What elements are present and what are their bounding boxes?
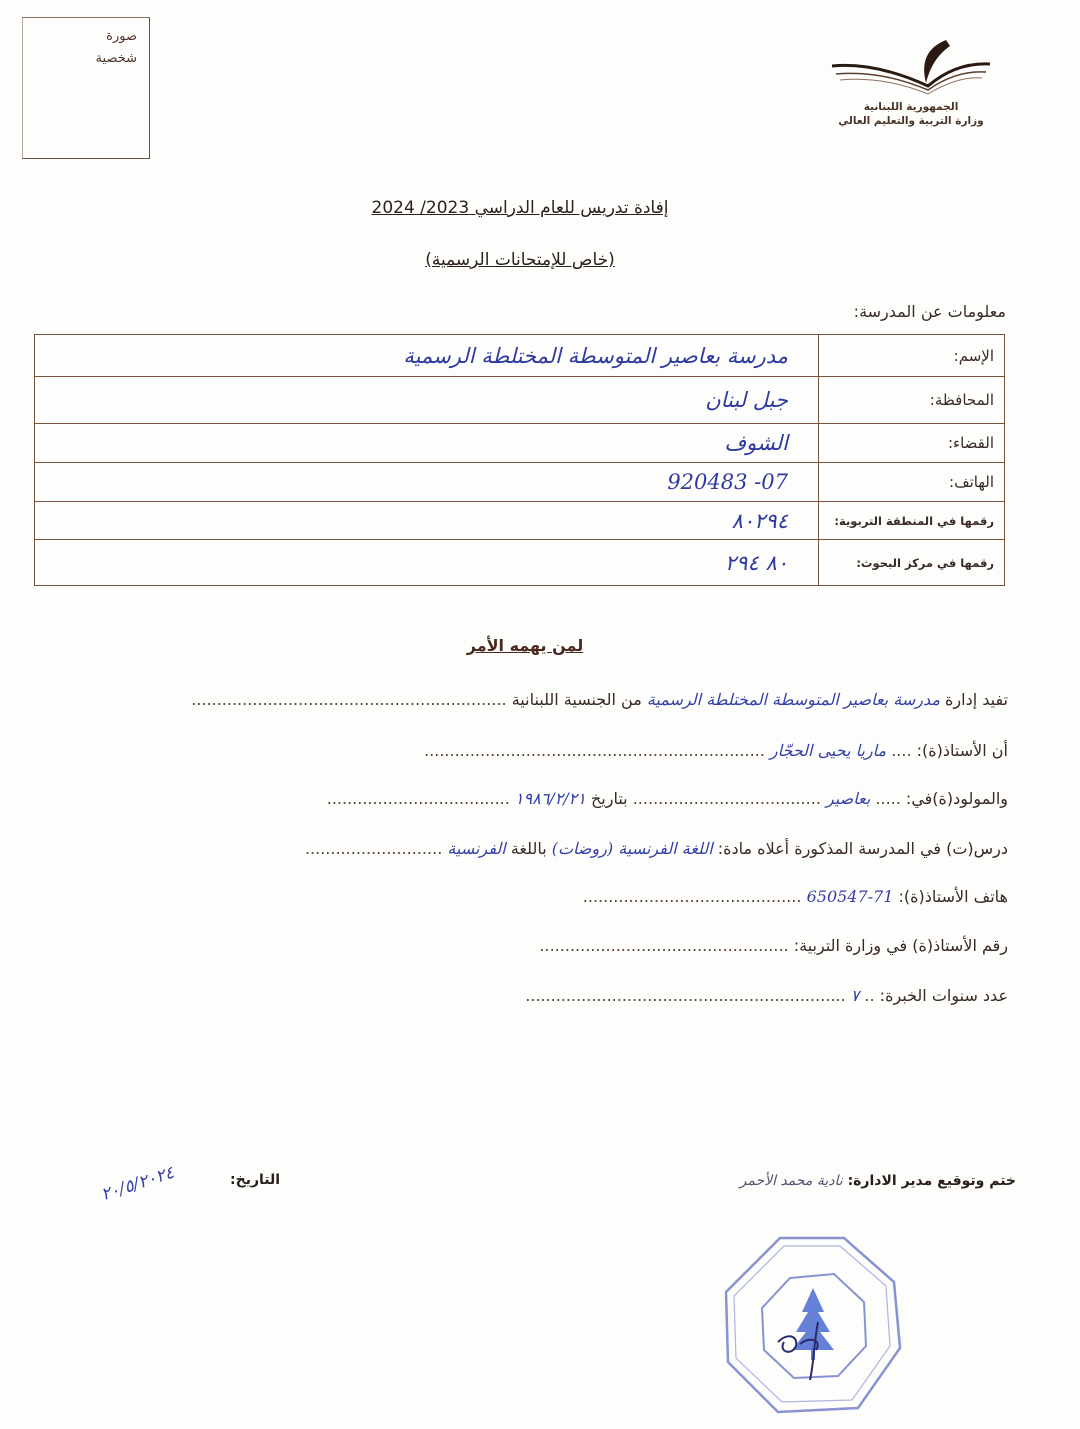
to-whom-heading: لمن يهمه الأمر [0, 636, 1050, 655]
school-info-table: الإسم: مدرسة بعاصير المتوسطة المختلطة ال… [34, 334, 1005, 586]
language-value: الفرنسية [447, 839, 505, 858]
value-school-name: مدرسة بعاصير المتوسطة المختلطة الرسمية [35, 335, 819, 377]
label-research-center-number: رقمها في مركز البحوث: [819, 540, 1005, 586]
signature-value: نادية محمد الأحمر [740, 1173, 843, 1189]
subject-value: اللغة الفرنسية (روضات) [552, 839, 713, 858]
admin-value: مدرسة بعاصير المتوسطة المختلطة الرسمية [647, 690, 940, 709]
line-ministry-number: رقم الأستاذ(ة) في وزارة التربية: .......… [539, 936, 1008, 955]
teacher-phone-value: 71-650547 [807, 887, 894, 906]
teacher-prefix: أن الأستاذ(ة): [917, 741, 1008, 760]
experience-prefix: عدد سنوات الخبرة: [880, 986, 1008, 1005]
label-edu-zone-number: رقمها في المنطقة التربوية: [819, 502, 1005, 540]
line-birth: والمولود(ة)في: ..... بعاصير ............… [327, 789, 1008, 808]
born-prefix: والمولود(ة)في: [906, 789, 1008, 808]
dotted-fill: .................................... [327, 789, 510, 808]
open-book-with-quill-icon [826, 38, 996, 96]
admin-prefix: تفيد إدارة [945, 690, 1008, 709]
birth-date-value: ١٩٨٦/٢/٢١ [515, 789, 586, 808]
line-subject: درس(ت) في المدرسة المذكورة أعلاه مادة: ا… [305, 839, 1008, 858]
dotted-fill: ........................................… [424, 741, 765, 760]
label-district: القضاء: [819, 424, 1005, 463]
value-district: الشوف [35, 424, 819, 463]
label-name: الإسم: [819, 335, 1005, 377]
experience-value: ٧ [851, 986, 860, 1005]
label-phone: الهاتف: [819, 463, 1005, 502]
phone-prefix: هاتف الأستاذ(ة): [899, 887, 1008, 906]
personal-photo-box: صورة شخصية [22, 17, 150, 159]
document-title: إفادة تدريس للعام الدراسي 2023/ 2024 [0, 198, 1040, 218]
table-row: رقمها في المنطقة التربوية: ٨٠٢٩٤ [35, 502, 1005, 540]
dotted-fill: ........................................… [191, 690, 506, 709]
dotted-fill: ........................... [305, 839, 442, 858]
official-stamp [718, 1232, 906, 1420]
signature-label: ختم وتوقيع مدير الادارة: [848, 1173, 1016, 1189]
date-prefix: بتاريخ [591, 789, 628, 808]
line-teacher: أن الأستاذ(ة): .... ماريا يحيى الحجّار .… [424, 741, 1008, 760]
label-governorate: المحافظة: [819, 377, 1005, 424]
admin-suffix: من الجنسية اللبنانية [512, 690, 642, 709]
dotted-fill: ........................................… [539, 936, 788, 955]
photo-label-line1: صورة [96, 26, 137, 48]
table-row: القضاء: الشوف [35, 424, 1005, 463]
republic-name: الجمهورية اللبنانية [826, 100, 996, 114]
table-row: الإسم: مدرسة بعاصير المتوسطة المختلطة ال… [35, 335, 1005, 377]
issue-date-value: ٢٠/٥/٢٠٢٤ [99, 1163, 177, 1205]
teacher-value: ماريا يحيى الحجّار [770, 741, 886, 760]
born-value: بعاصير [826, 789, 870, 808]
value-phone: 07- 920483 [35, 463, 819, 502]
ministry-logo: الجمهورية اللبنانية وزارة التربية والتعل… [826, 38, 996, 133]
document-subtitle: (خاص للإمتحانات الرسمية) [0, 250, 1040, 270]
value-research-center-number: ٨٠ ٢٩٤ [35, 540, 819, 586]
school-info-heading: معلومات عن المدرسة: [854, 302, 1006, 321]
line-experience: عدد سنوات الخبرة: .. ٧ .................… [525, 986, 1008, 1005]
table-row: رقمها في مركز البحوث: ٨٠ ٢٩٤ [35, 540, 1005, 586]
dotted-fill: ........................................… [525, 986, 845, 1005]
value-edu-zone-number: ٨٠٢٩٤ [35, 502, 819, 540]
table-row: المحافظة: جبل لبنان [35, 377, 1005, 424]
line-administration: تفيد إدارة مدرسة بعاصير المتوسطة المختلط… [191, 690, 1008, 709]
dotted-fill: ........................................… [583, 887, 802, 906]
taught-prefix: درس(ت) في المدرسة المذكورة أعلاه مادة: [718, 839, 1008, 858]
cedar-official-stamp-icon [718, 1232, 906, 1420]
ministry-name: وزارة التربية والتعليم العالي [826, 114, 996, 128]
value-governorate: جبل لبنان [35, 377, 819, 424]
ministry-number-prefix: رقم الأستاذ(ة) في وزارة التربية: [794, 936, 1008, 955]
table-row: الهاتف: 07- 920483 [35, 463, 1005, 502]
line-teacher-phone: هاتف الأستاذ(ة): 71-650547 .............… [583, 887, 1008, 906]
director-signature-line: ختم وتوقيع مدير الادارة: نادية محمد الأح… [740, 1173, 1016, 1189]
photo-label-line2: شخصية [96, 48, 137, 70]
lang-prefix: باللغة [511, 839, 547, 858]
date-label: التاريخ: [230, 1172, 280, 1188]
